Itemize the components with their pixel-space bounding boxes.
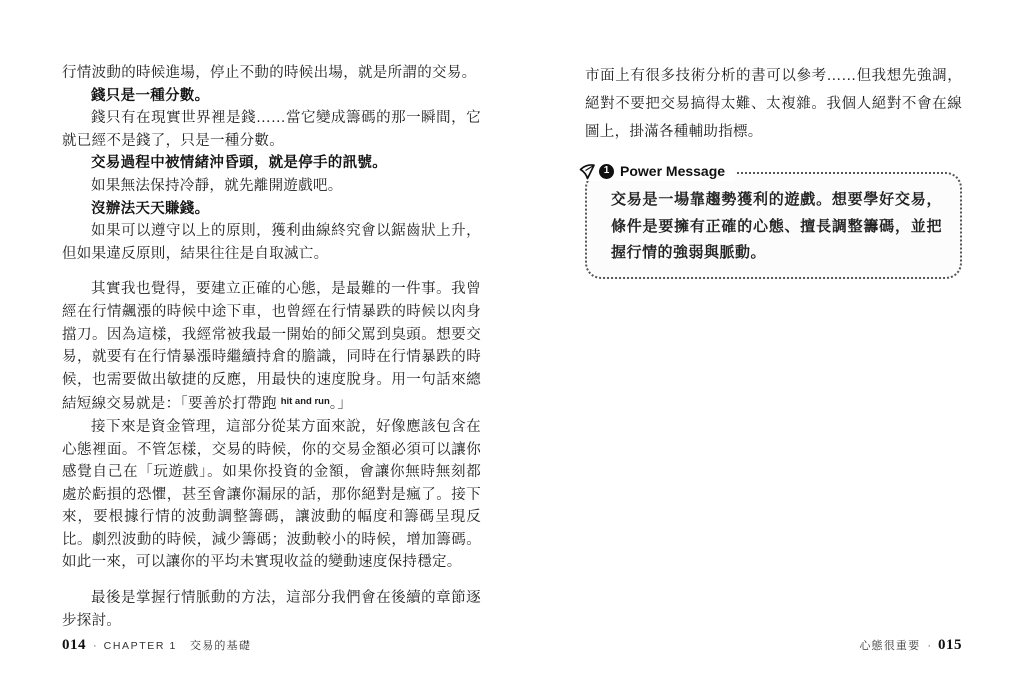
footer-separator: · xyxy=(927,640,931,652)
chapter-label: CHAPTER 1 xyxy=(104,640,177,652)
power-message-title: 1 Power Message xyxy=(579,161,735,181)
paragraph: 錢只有在現實世界裡是錢……當它變成籌碼的那一瞬間，它就已經不是錢了，只是一種分數… xyxy=(62,107,481,152)
chapter-title: 交易的基礎 xyxy=(190,637,251,653)
paragraph-emphasis: 交易過程中被情緒沖昏頭，就是停手的訊號。 xyxy=(62,152,481,175)
paragraph: 最後是掌握行情脈動的方法，這部分我們會在後續的章節逐步探討。 xyxy=(62,587,481,632)
page-number: 014 xyxy=(62,637,86,654)
paragraph: 如果可以遵守以上的原則，獲利曲線終究會以鋸齒狀上升，但如果違反原則，結果往往是自… xyxy=(62,220,481,265)
power-message-box: 1 Power Message 交易是一場靠趨勢獲利的遊戲。想要學好交易，條件是… xyxy=(585,172,962,279)
page-number: 015 xyxy=(938,637,962,654)
paragraph-emphasis: 沒辦法天天賺錢。 xyxy=(62,198,481,221)
footer-separator: · xyxy=(93,640,97,652)
paragraph: 其實我也覺得，要建立正確的心態，是最難的一件事。我曾經在行情飆漲的時候中途下車，… xyxy=(62,278,481,416)
left-page-footer: 014 · CHAPTER 1 交易的基礎 xyxy=(62,637,251,654)
right-page-footer: 心態很重要 · 015 xyxy=(859,637,962,654)
power-message-text: 交易是一場靠趨勢獲利的遊戲。想要學好交易，條件是要擁有正確的心態、擅長調整籌碼，… xyxy=(611,187,942,267)
paragraph-text: 。」 xyxy=(330,396,352,412)
section-title: 心態很重要 xyxy=(859,637,920,653)
paragraph: 接下來是資金管理，這部分從某方面來說，好像應該包含在心態裡面。不管怎樣，交易的時… xyxy=(62,416,481,574)
paragraph: 如果無法保持冷靜，就先離開遊戲吧。 xyxy=(62,175,481,198)
power-message-number-badge: 1 xyxy=(599,164,614,179)
paragraph-text: 其實我也覺得，要建立正確的心態，是最難的一件事。我曾經在行情飆漲的時候中途下車，… xyxy=(62,281,481,412)
right-page: 市面上有很多技術分析的書可以參考……但我想先強調，絕對不要把交易搞得太難、太複雜… xyxy=(585,62,962,279)
paragraph: 市面上有很多技術分析的書可以參考……但我想先強調，絕對不要把交易搞得太難、太複雜… xyxy=(585,62,962,146)
paper-dart-icon xyxy=(579,161,601,181)
book-spread: 行情波動的時候進場，停止不動的時候出場，就是所謂的交易。 錢只是一種分數。 錢只… xyxy=(0,0,1024,693)
paragraph: 行情波動的時候進場，停止不動的時候出場，就是所謂的交易。 xyxy=(62,62,481,85)
left-page: 行情波動的時候進場，停止不動的時候出場，就是所謂的交易。 錢只是一種分數。 錢只… xyxy=(62,62,481,632)
superscript-latin-phrase: hit and run xyxy=(281,396,330,407)
paragraph-emphasis: 錢只是一種分數。 xyxy=(62,85,481,108)
power-message-label: Power Message xyxy=(620,161,725,181)
